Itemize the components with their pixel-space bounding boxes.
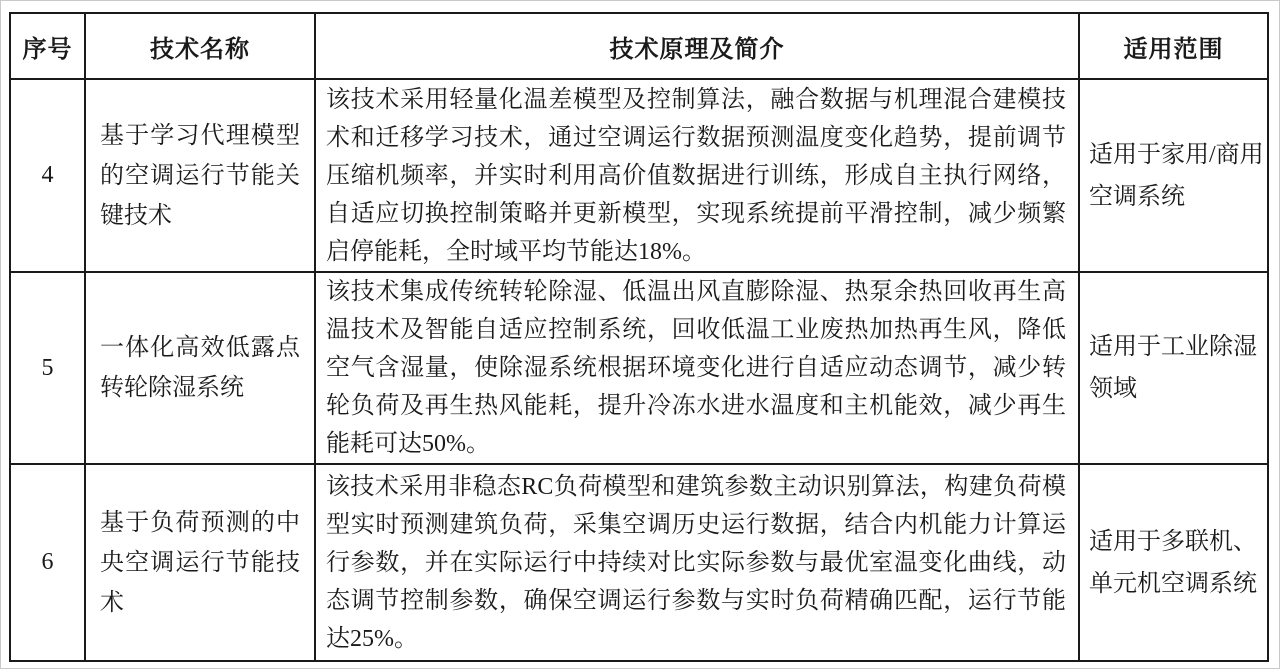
cell-principle: 该技术采用非稳态RC负荷模型和建筑参数主动识别算法，构建负荷模型实时预测建筑负荷… xyxy=(315,464,1079,661)
cell-name: 一体化高效低露点转轮除湿系统 xyxy=(85,272,315,464)
table-row: 4 基于学习代理模型的空调运行节能关键技术 该技术采用轻量化温差模型及控制算法，… xyxy=(10,79,1268,272)
document-page: 序号 技术名称 技术原理及简介 适用范围 4 基于学习代理模型的空调运行节能关键… xyxy=(0,0,1280,669)
cell-scope: 适用于家用/商用空调系统 xyxy=(1079,79,1268,272)
header-cell-principle: 技术原理及简介 xyxy=(315,13,1079,79)
cell-no: 4 xyxy=(10,79,85,272)
header-cell-no: 序号 xyxy=(10,13,85,79)
cell-scope: 适用于多联机、单元机空调系统 xyxy=(1079,464,1268,661)
cell-principle: 该技术采用轻量化温差模型及控制算法，融合数据与机理混合建模技术和迁移学习技术，通… xyxy=(315,79,1079,272)
cell-no: 6 xyxy=(10,464,85,661)
technology-table: 序号 技术名称 技术原理及简介 适用范围 4 基于学习代理模型的空调运行节能关键… xyxy=(9,12,1269,662)
table-row: 5 一体化高效低露点转轮除湿系统 该技术集成传统转轮除湿、低温出风直膨除湿、热泵… xyxy=(10,272,1268,464)
cell-no: 5 xyxy=(10,272,85,464)
cell-principle: 该技术集成传统转轮除湿、低温出风直膨除湿、热泵余热回收再生高温技术及智能自适应控… xyxy=(315,272,1079,464)
header-cell-scope: 适用范围 xyxy=(1079,13,1268,79)
cell-name: 基于负荷预测的中央空调运行节能技术 xyxy=(85,464,315,661)
cell-name: 基于学习代理模型的空调运行节能关键技术 xyxy=(85,79,315,272)
header-cell-name: 技术名称 xyxy=(85,13,315,79)
table-header-row: 序号 技术名称 技术原理及简介 适用范围 xyxy=(10,13,1268,79)
cell-scope: 适用于工业除湿领域 xyxy=(1079,272,1268,464)
table-row: 6 基于负荷预测的中央空调运行节能技术 该技术采用非稳态RC负荷模型和建筑参数主… xyxy=(10,464,1268,661)
